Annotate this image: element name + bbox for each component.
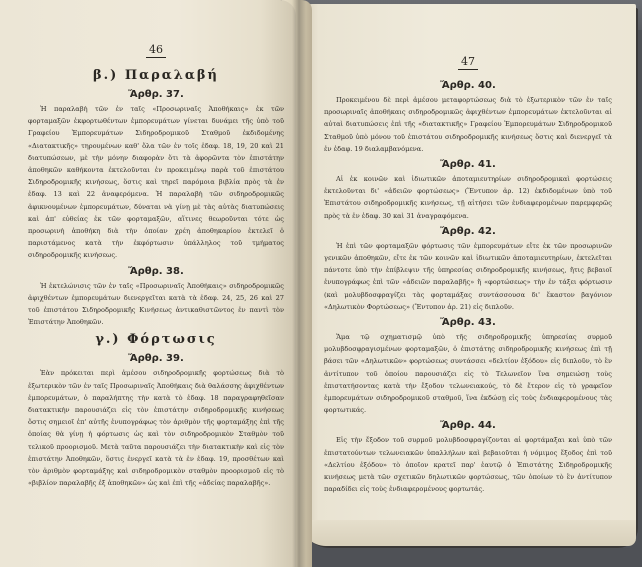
page-number: 47 xyxy=(324,56,612,70)
article-heading: Ἄρθρ. 38. xyxy=(28,266,284,277)
right-page-content: 47 Ἄρθρ. 40. Προκειμένου δὲ περὶ ἀμέσου … xyxy=(324,56,612,495)
article-text: Ἡ ἐκτελώνισις τῶν ἐν ταῖς «Προσωριναῖς Ἀ… xyxy=(28,280,284,329)
page-number: 46 xyxy=(28,44,284,58)
left-page-content: 46 β.) Παραλαβή Ἄρθρ. 37. Ἡ παραλαβὴ τῶν… xyxy=(108,44,284,489)
right-page-bottom-curl xyxy=(300,520,636,546)
article-text: Εἰς τὴν ἔξοδον τοῦ συρμοῦ μολυβδοσφραγίζ… xyxy=(324,434,612,495)
left-page: 46 β.) Παραλαβή Ἄρθρ. 37. Ἡ παραλαβὴ τῶν… xyxy=(0,0,296,567)
article-heading: Ἄρθρ. 40. xyxy=(324,80,612,91)
section-heading: γ.) Φόρτωσις xyxy=(28,332,284,347)
article-heading: Ἄρθρ. 42. xyxy=(324,226,612,237)
article-heading: Ἄρθρ. 43. xyxy=(324,317,612,328)
article-heading: Ἄρθρ. 41. xyxy=(324,159,612,170)
article-heading: Ἄρθρ. 37. xyxy=(28,89,284,100)
section-heading: β.) Παραλαβή xyxy=(28,68,284,83)
article-text: Ἡ παραλαβὴ τῶν ἐν ταῖς «Προσωριναῖς Ἀποθ… xyxy=(28,103,284,262)
article-heading: Ἄρθρ. 39. xyxy=(28,353,284,364)
page-number-label: 46 xyxy=(146,44,166,58)
right-page: 47 Ἄρθρ. 40. Προκειμένου δὲ περὶ ἀμέσου … xyxy=(298,4,636,544)
article-text: Ἐὰν πρόκειται περὶ ἀμέσου σιδηροδρομικῆς… xyxy=(28,367,284,489)
page-number-label: 47 xyxy=(458,56,478,70)
article-text: Αἱ ἐκ κοινῶν καὶ ἰδιωτικῶν ἀποταμιευτηρί… xyxy=(324,173,612,222)
article-text: Ἡ ἐπὶ τῶν φορταμαξῶν φόρτωσις τῶν ἐμπορε… xyxy=(324,240,612,313)
article-text: Ἅμα τῷ σχηματισμῷ ὑπὸ τῆς σιδηροδρομικῆς… xyxy=(324,331,612,416)
book-gutter-shadow xyxy=(292,0,306,567)
article-heading: Ἄρθρ. 44. xyxy=(324,420,612,431)
article-text: Προκειμένου δὲ περὶ ἀμέσου μεταφορτώσεως… xyxy=(324,94,612,155)
